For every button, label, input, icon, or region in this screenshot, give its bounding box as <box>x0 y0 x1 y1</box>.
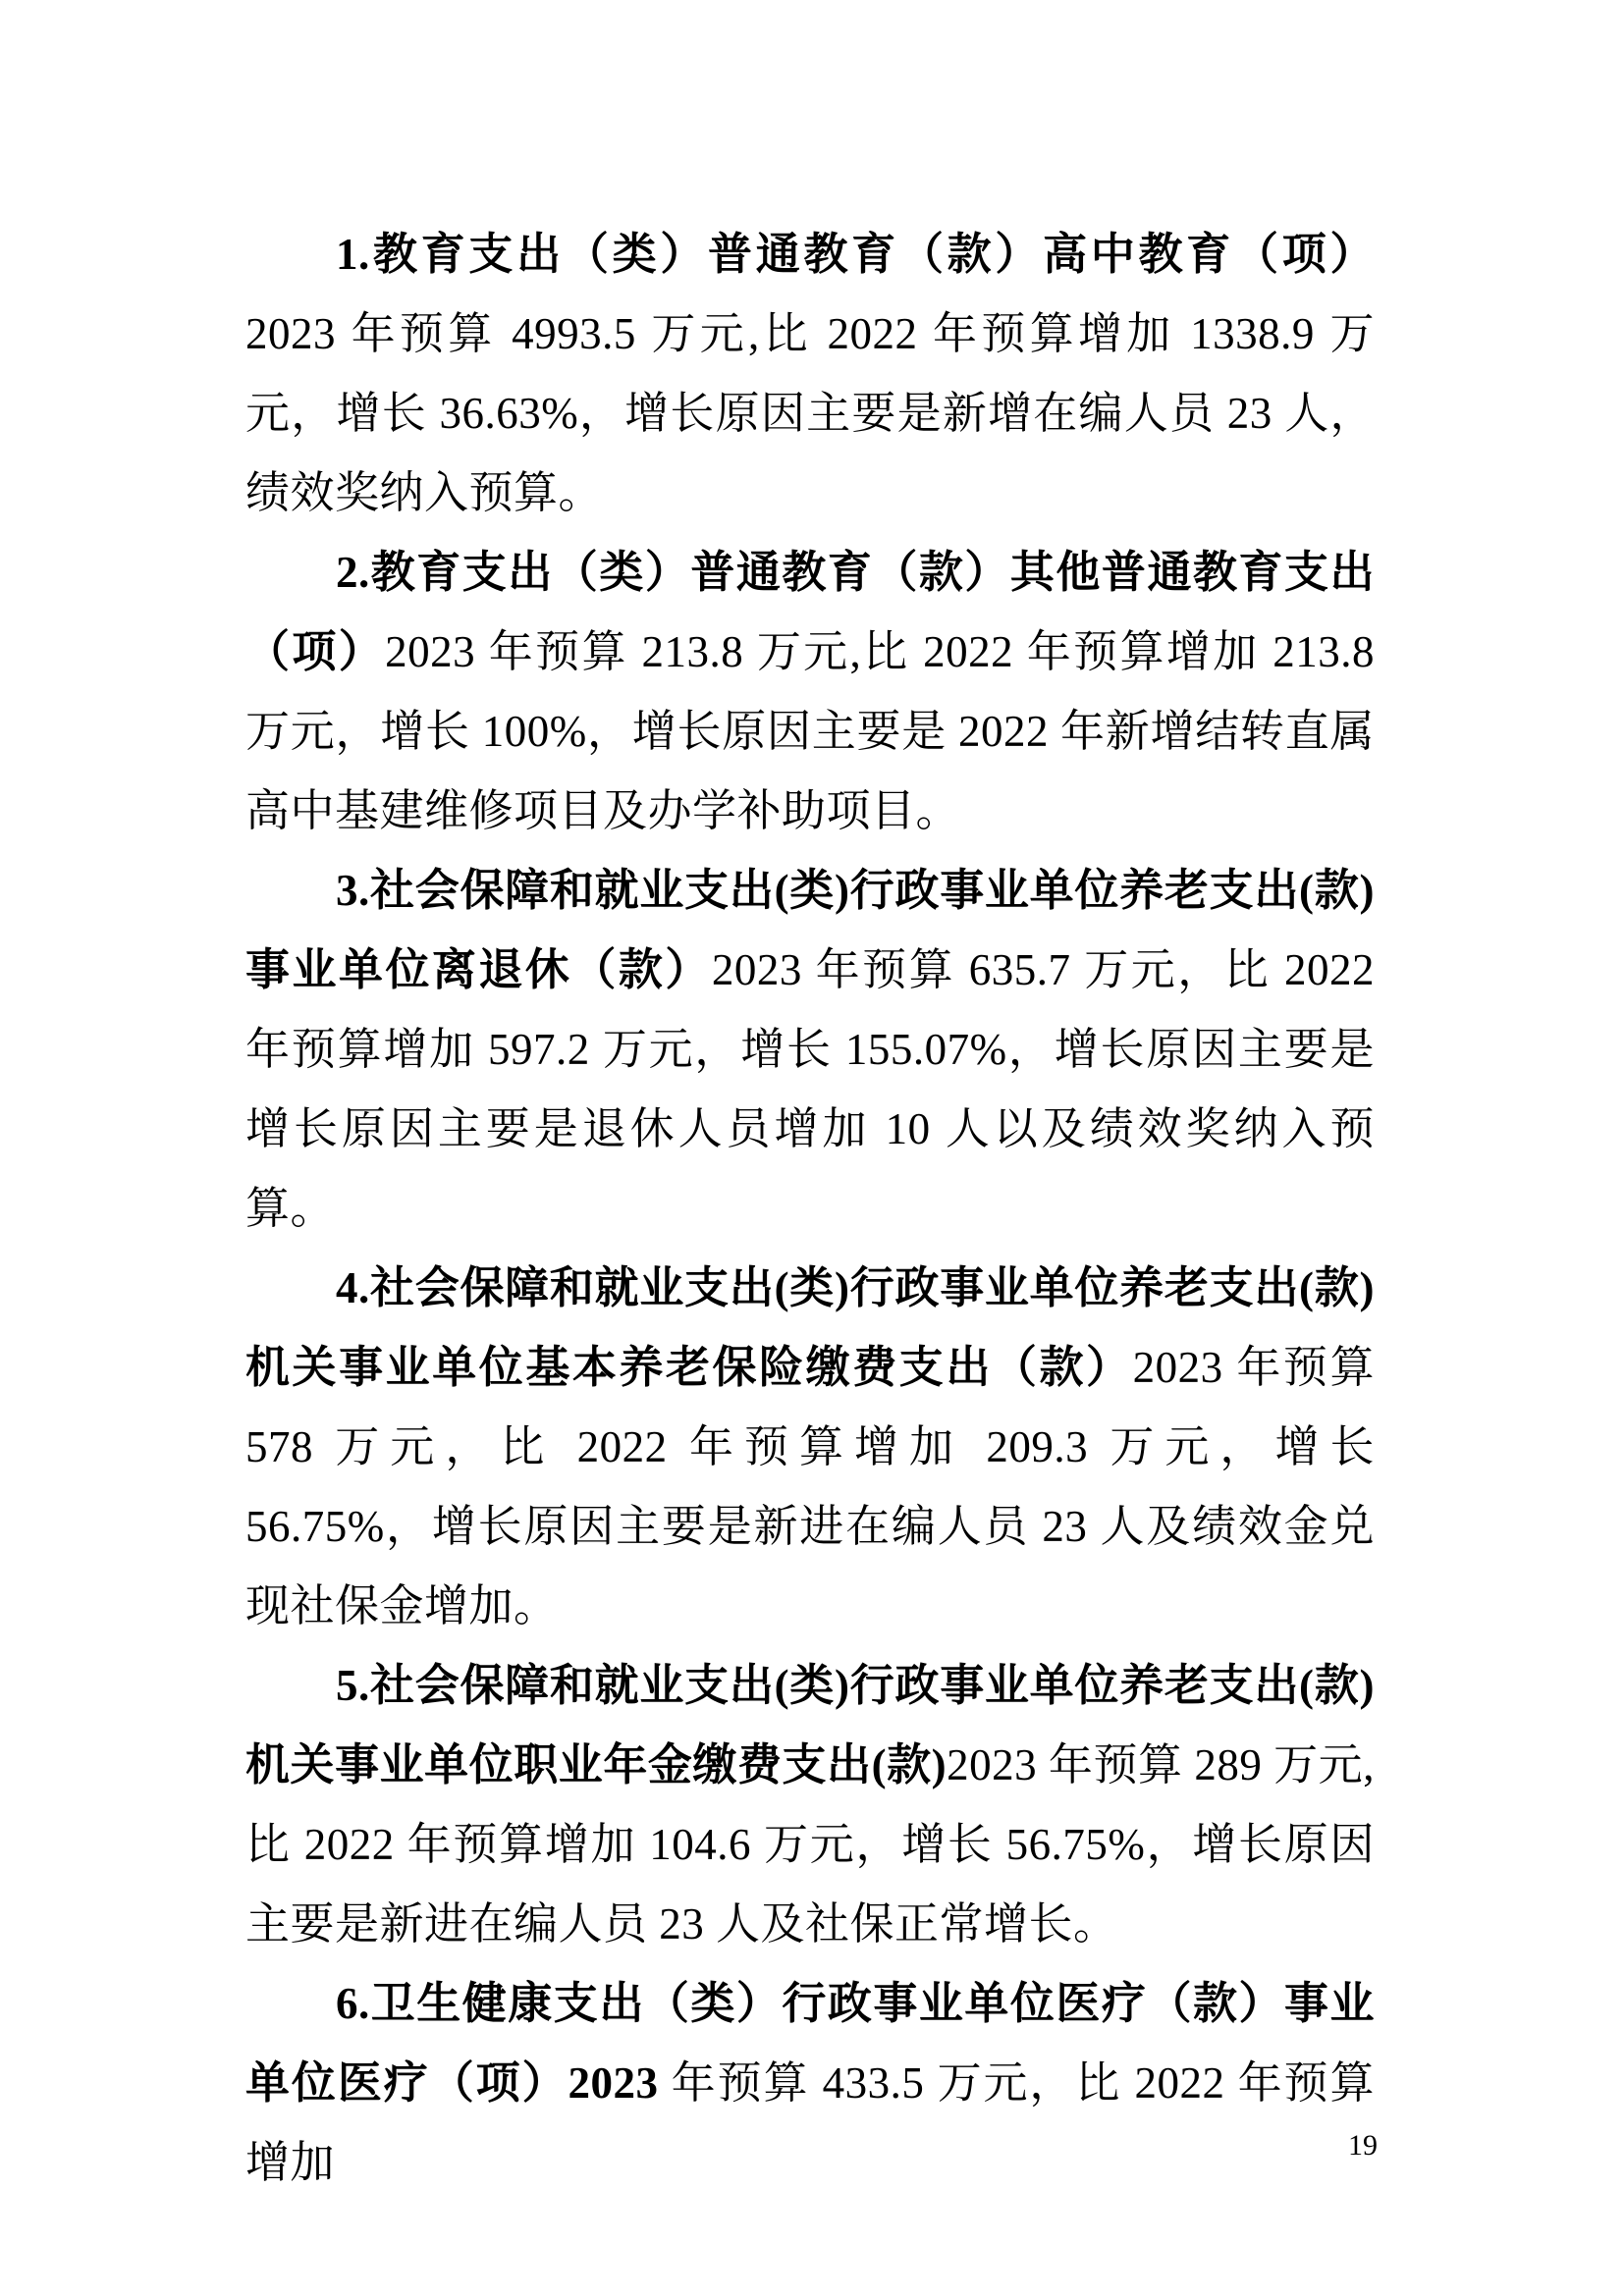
page-number: 19 <box>1348 2130 1378 2162</box>
budget-item-3: 3.社会保障和就业支出(类)行政事业单位养老支出(款)事业单位离退休（款）202… <box>245 851 1375 1249</box>
budget-item-1: 1.教育支出（类）普通教育（款）高中教育（项）2023 年预算 4993.5 万… <box>245 215 1375 533</box>
budget-item-5: 5.社会保障和就业支出(类)行政事业单位养老支出(款)机关事业单位职业年金缴费支… <box>245 1646 1375 1964</box>
budget-item-6: 6.卫生健康支出（类）行政事业单位医疗（款）事业单位医疗（项）2023 年预算 … <box>245 1964 1375 2203</box>
budget-item-1-heading: 1.教育支出（类）普通教育（款）高中教育（项） <box>336 230 1375 279</box>
budget-item-2: 2.教育支出（类）普通教育（款）其他普通教育支出（项）2023 年预算 213.… <box>245 533 1375 851</box>
budget-item-2-body: 2023 年预算 213.8 万元,比 2022 年预算增加 213.8 万元，… <box>245 627 1375 835</box>
budget-item-1-body: 2023 年预算 4993.5 万元,比 2022 年预算增加 1338.9 万… <box>245 309 1375 517</box>
budget-item-4: 4.社会保障和就业支出(类)行政事业单位养老支出(款)机关事业单位基本养老保险缴… <box>245 1249 1375 1646</box>
body-text: 1.教育支出（类）普通教育（款）高中教育（项）2023 年预算 4993.5 万… <box>245 215 1375 2203</box>
document-page: 1.教育支出（类）普通教育（款）高中教育（项）2023 年预算 4993.5 万… <box>0 0 1624 2296</box>
